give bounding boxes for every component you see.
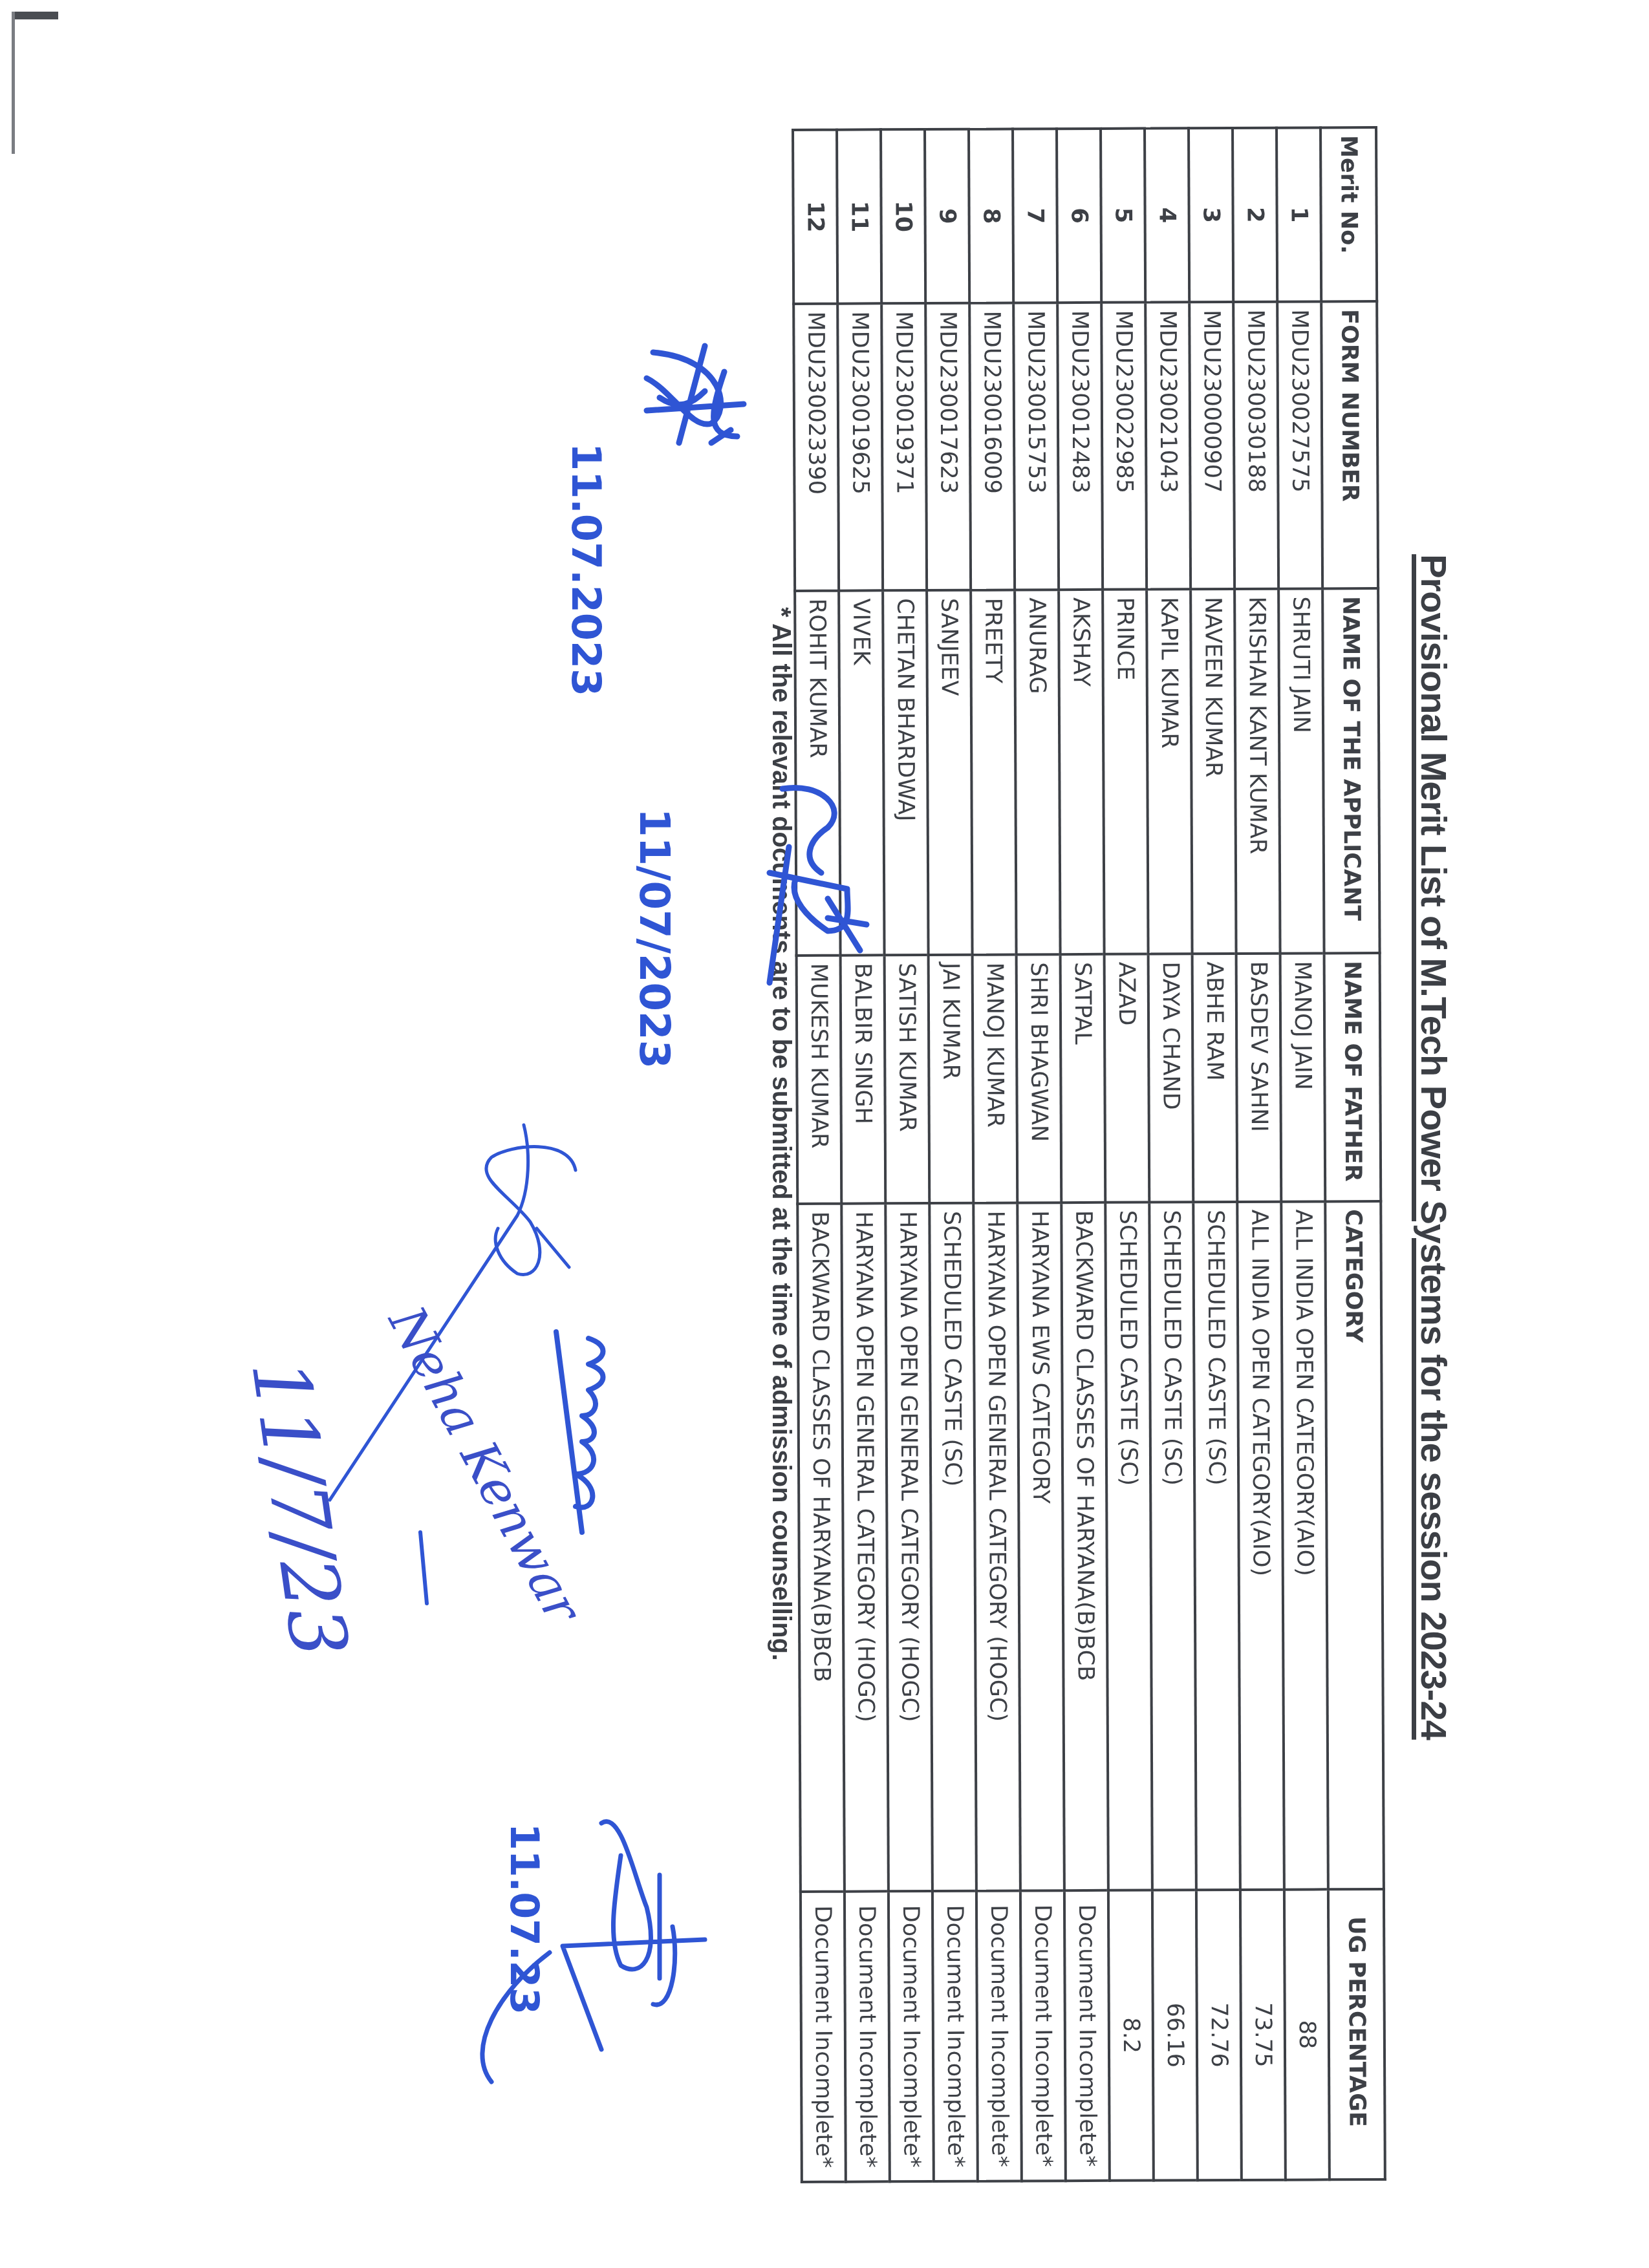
svg-text:11/07/2023: 11/07/2023 <box>630 808 678 1069</box>
cell-merit-no: 5 <box>1101 129 1145 303</box>
cell-father-name: ABHE RAM <box>1192 954 1238 1202</box>
cell-ug-percentage: 66.16 <box>1152 1890 1198 2180</box>
cell-category: HARYANA OPEN GENERAL CATEGORY (HOGC) <box>973 1203 1020 1890</box>
cell-applicant-name: PREETY <box>971 590 1016 954</box>
cell-applicant-name: AKSHAY <box>1059 590 1104 954</box>
cell-category: ALL INDIA OPEN CATEGORY(AIO) <box>1237 1202 1284 1890</box>
signature-4-name: Neha Kenwar <box>376 1296 594 1635</box>
cell-ug-percentage: Document Incomplete* <box>889 1891 934 2181</box>
cell-form-number: MDU230015753 <box>1013 303 1059 590</box>
cell-form-number: MDU230019625 <box>837 303 883 590</box>
cell-father-name: SATPAL <box>1061 954 1106 1203</box>
merit-list-table: Merit No. FORM NUMBER NAME OF THE APPLIC… <box>792 126 1386 2183</box>
cell-merit-no: 2 <box>1233 128 1277 302</box>
cell-category: SCHEDULED CASTE (SC) <box>1149 1202 1196 1890</box>
cell-father-name: MANOJ KUMAR <box>973 954 1018 1203</box>
cell-ug-percentage: Document Incomplete* <box>976 1890 1022 2181</box>
cell-category: SCHEDULED CASTE (SC) <box>929 1203 976 1891</box>
cell-applicant-name: KRISHAN KANT KUMAR <box>1234 589 1280 954</box>
cell-ug-percentage: 88 <box>1284 1889 1330 2179</box>
cell-father-name: DAYA CHAND <box>1148 954 1194 1202</box>
header-father-name: NAME OF FATHER <box>1324 953 1381 1201</box>
cell-category: ALL INDIA OPEN CATEGORY(AIO) <box>1281 1201 1328 1889</box>
cell-form-number: MDU230012483 <box>1057 303 1103 590</box>
cell-category: BACKWARD CLASSES OF HARYANA(B)BCB <box>1061 1203 1108 1890</box>
signature-1: 11.07.2023 <box>579 333 750 604</box>
document-title-text: Provisional Merit List of M.Tech Power S… <box>1414 528 1454 1740</box>
cell-father-name: BASDEV SAHNI <box>1236 954 1282 1202</box>
cell-merit-no: 6 <box>1057 129 1101 303</box>
cell-father-name: JAI KUMAR <box>929 955 974 1203</box>
table-row: 3MDU230000907NAVEEN KUMARABHE RAMSCHEDUL… <box>1189 128 1242 2180</box>
cell-applicant-name: SANJEEV <box>927 590 972 955</box>
cell-father-name: MANOJ JAIN <box>1280 953 1326 1201</box>
cell-category: SCHEDULED CASTE (SC) <box>1105 1203 1152 1890</box>
cell-form-number: MDU230023390 <box>793 304 839 591</box>
signature-1-date: 11.07.2023 <box>540 443 618 714</box>
signature-4-date: 11/7/23 <box>233 1354 364 1663</box>
cell-ug-percentage: Document Incomplete* <box>845 1891 890 2181</box>
document-title: Provisional Merit List of M.Tech Power S… <box>1413 0 1455 2268</box>
cell-merit-no: 7 <box>1013 129 1057 303</box>
cell-ug-percentage: 8.2 <box>1108 1890 1154 2181</box>
table-row: 9MDU230017623SANJEEVJAI KUMARSCHEDULED C… <box>925 129 978 2181</box>
merit-list-document: Provisional Merit List of M.Tech Power S… <box>0 0 1649 2268</box>
table-row: 1MDU230027575SHRUTI JAINMANOJ JAINALL IN… <box>1277 127 1330 2179</box>
signature-2: 11/07/2023 <box>663 769 886 1131</box>
cell-father-name: SATISH KUMAR <box>885 955 930 1203</box>
table-row: 10MDU230019371CHETAN BHARDWAJSATISH KUMA… <box>881 129 934 2181</box>
cell-ug-percentage: Document Incomplete* <box>1020 1890 1066 2181</box>
cell-form-number: MDU230022985 <box>1101 303 1147 590</box>
cell-ug-percentage: Document Incomplete* <box>1064 1890 1110 2181</box>
svg-text:11.07.23: 11.07.23 <box>501 1823 546 2015</box>
cell-form-number: MDU230021043 <box>1145 302 1191 589</box>
signature-2-date: 11/07/2023 <box>595 808 685 1170</box>
table-row: 8MDU230016009PREETYMANOJ KUMARHARYANA OP… <box>969 129 1022 2181</box>
table-row: 11MDU230019625VIVEKBALBIR SINGHHARYANA O… <box>837 129 890 2181</box>
cell-merit-no: 12 <box>793 130 837 304</box>
cell-applicant-name: NAVEEN KUMAR <box>1191 589 1236 954</box>
cell-form-number: MDU230000907 <box>1189 302 1234 589</box>
signature-2-scribble <box>666 769 886 1131</box>
cell-applicant-name: SHRUTI JAIN <box>1278 588 1324 953</box>
cell-category: SCHEDULED CASTE (SC) <box>1193 1202 1240 1890</box>
cell-father-name: SHRI BHAGWAN <box>1017 954 1062 1203</box>
cell-merit-no: 11 <box>837 129 881 303</box>
table-header-row: Merit No. FORM NUMBER NAME OF THE APPLIC… <box>1320 127 1385 2179</box>
cell-form-number: MDU230030188 <box>1233 302 1278 589</box>
signature-5-date: 11.07.23 <box>433 1823 563 2082</box>
cell-form-number: MDU230027575 <box>1277 301 1322 588</box>
cell-category: HARYANA OPEN GENERAL CATEGORY (HOGC) <box>841 1203 889 1891</box>
cell-applicant-name: ANURAG <box>1015 590 1060 954</box>
cell-form-number: MDU230019371 <box>881 303 927 590</box>
table-row: 7MDU230015753ANURAGSHRI BHAGWANHARYANA E… <box>1013 129 1066 2181</box>
cell-merit-no: 8 <box>969 129 1013 303</box>
header-category: CATEGORY <box>1325 1201 1384 1889</box>
cell-category: HARYANA EWS CATEGORY <box>1017 1203 1064 1890</box>
header-form-number: FORM NUMBER <box>1321 301 1378 588</box>
cell-merit-no: 3 <box>1189 128 1233 302</box>
cell-ug-percentage: 73.75 <box>1240 1890 1286 2180</box>
header-merit-no: Merit No. <box>1320 127 1377 301</box>
table-row: 6MDU230012483AKSHAYSATPALBACKWARD CLASSE… <box>1057 129 1110 2181</box>
cell-father-name: AZAD <box>1105 954 1150 1203</box>
svg-text:11.07.2023: 11.07.2023 <box>563 443 610 696</box>
cell-merit-no: 4 <box>1145 128 1189 302</box>
table-row: 5MDU230022985PRINCEAZADSCHEDULED CASTE (… <box>1101 129 1154 2181</box>
cell-merit-no: 10 <box>881 129 925 303</box>
table-row: 2MDU230030188KRISHAN KANT KUMARBASDEV SA… <box>1233 128 1286 2180</box>
cell-applicant-name: KAPIL KUMAR <box>1147 589 1192 954</box>
cell-merit-no: 1 <box>1277 127 1321 301</box>
header-ug-percentage: UG PERCENTAGE <box>1328 1889 1385 2179</box>
cell-applicant-name: CHETAN BHARDWAJ <box>883 590 928 955</box>
signature-5: 11.07.23 <box>378 1746 834 2108</box>
cell-applicant-name: PRINCE <box>1103 590 1148 954</box>
cell-ug-percentage: 72.76 <box>1196 1890 1242 2180</box>
cell-form-number: MDU230016009 <box>969 303 1015 590</box>
cell-merit-no: 9 <box>925 129 969 303</box>
header-applicant-name: NAME OF THE APPLICANT <box>1322 588 1379 953</box>
cell-form-number: MDU230017623 <box>925 303 971 590</box>
cell-category: HARYANA OPEN GENERAL CATEGORY (HOGC) <box>885 1203 932 1891</box>
cell-ug-percentage: Document Incomplete* <box>932 1891 978 2181</box>
table-row: 4MDU230021043KAPIL KUMARDAYA CHANDSCHEDU… <box>1145 128 1198 2180</box>
